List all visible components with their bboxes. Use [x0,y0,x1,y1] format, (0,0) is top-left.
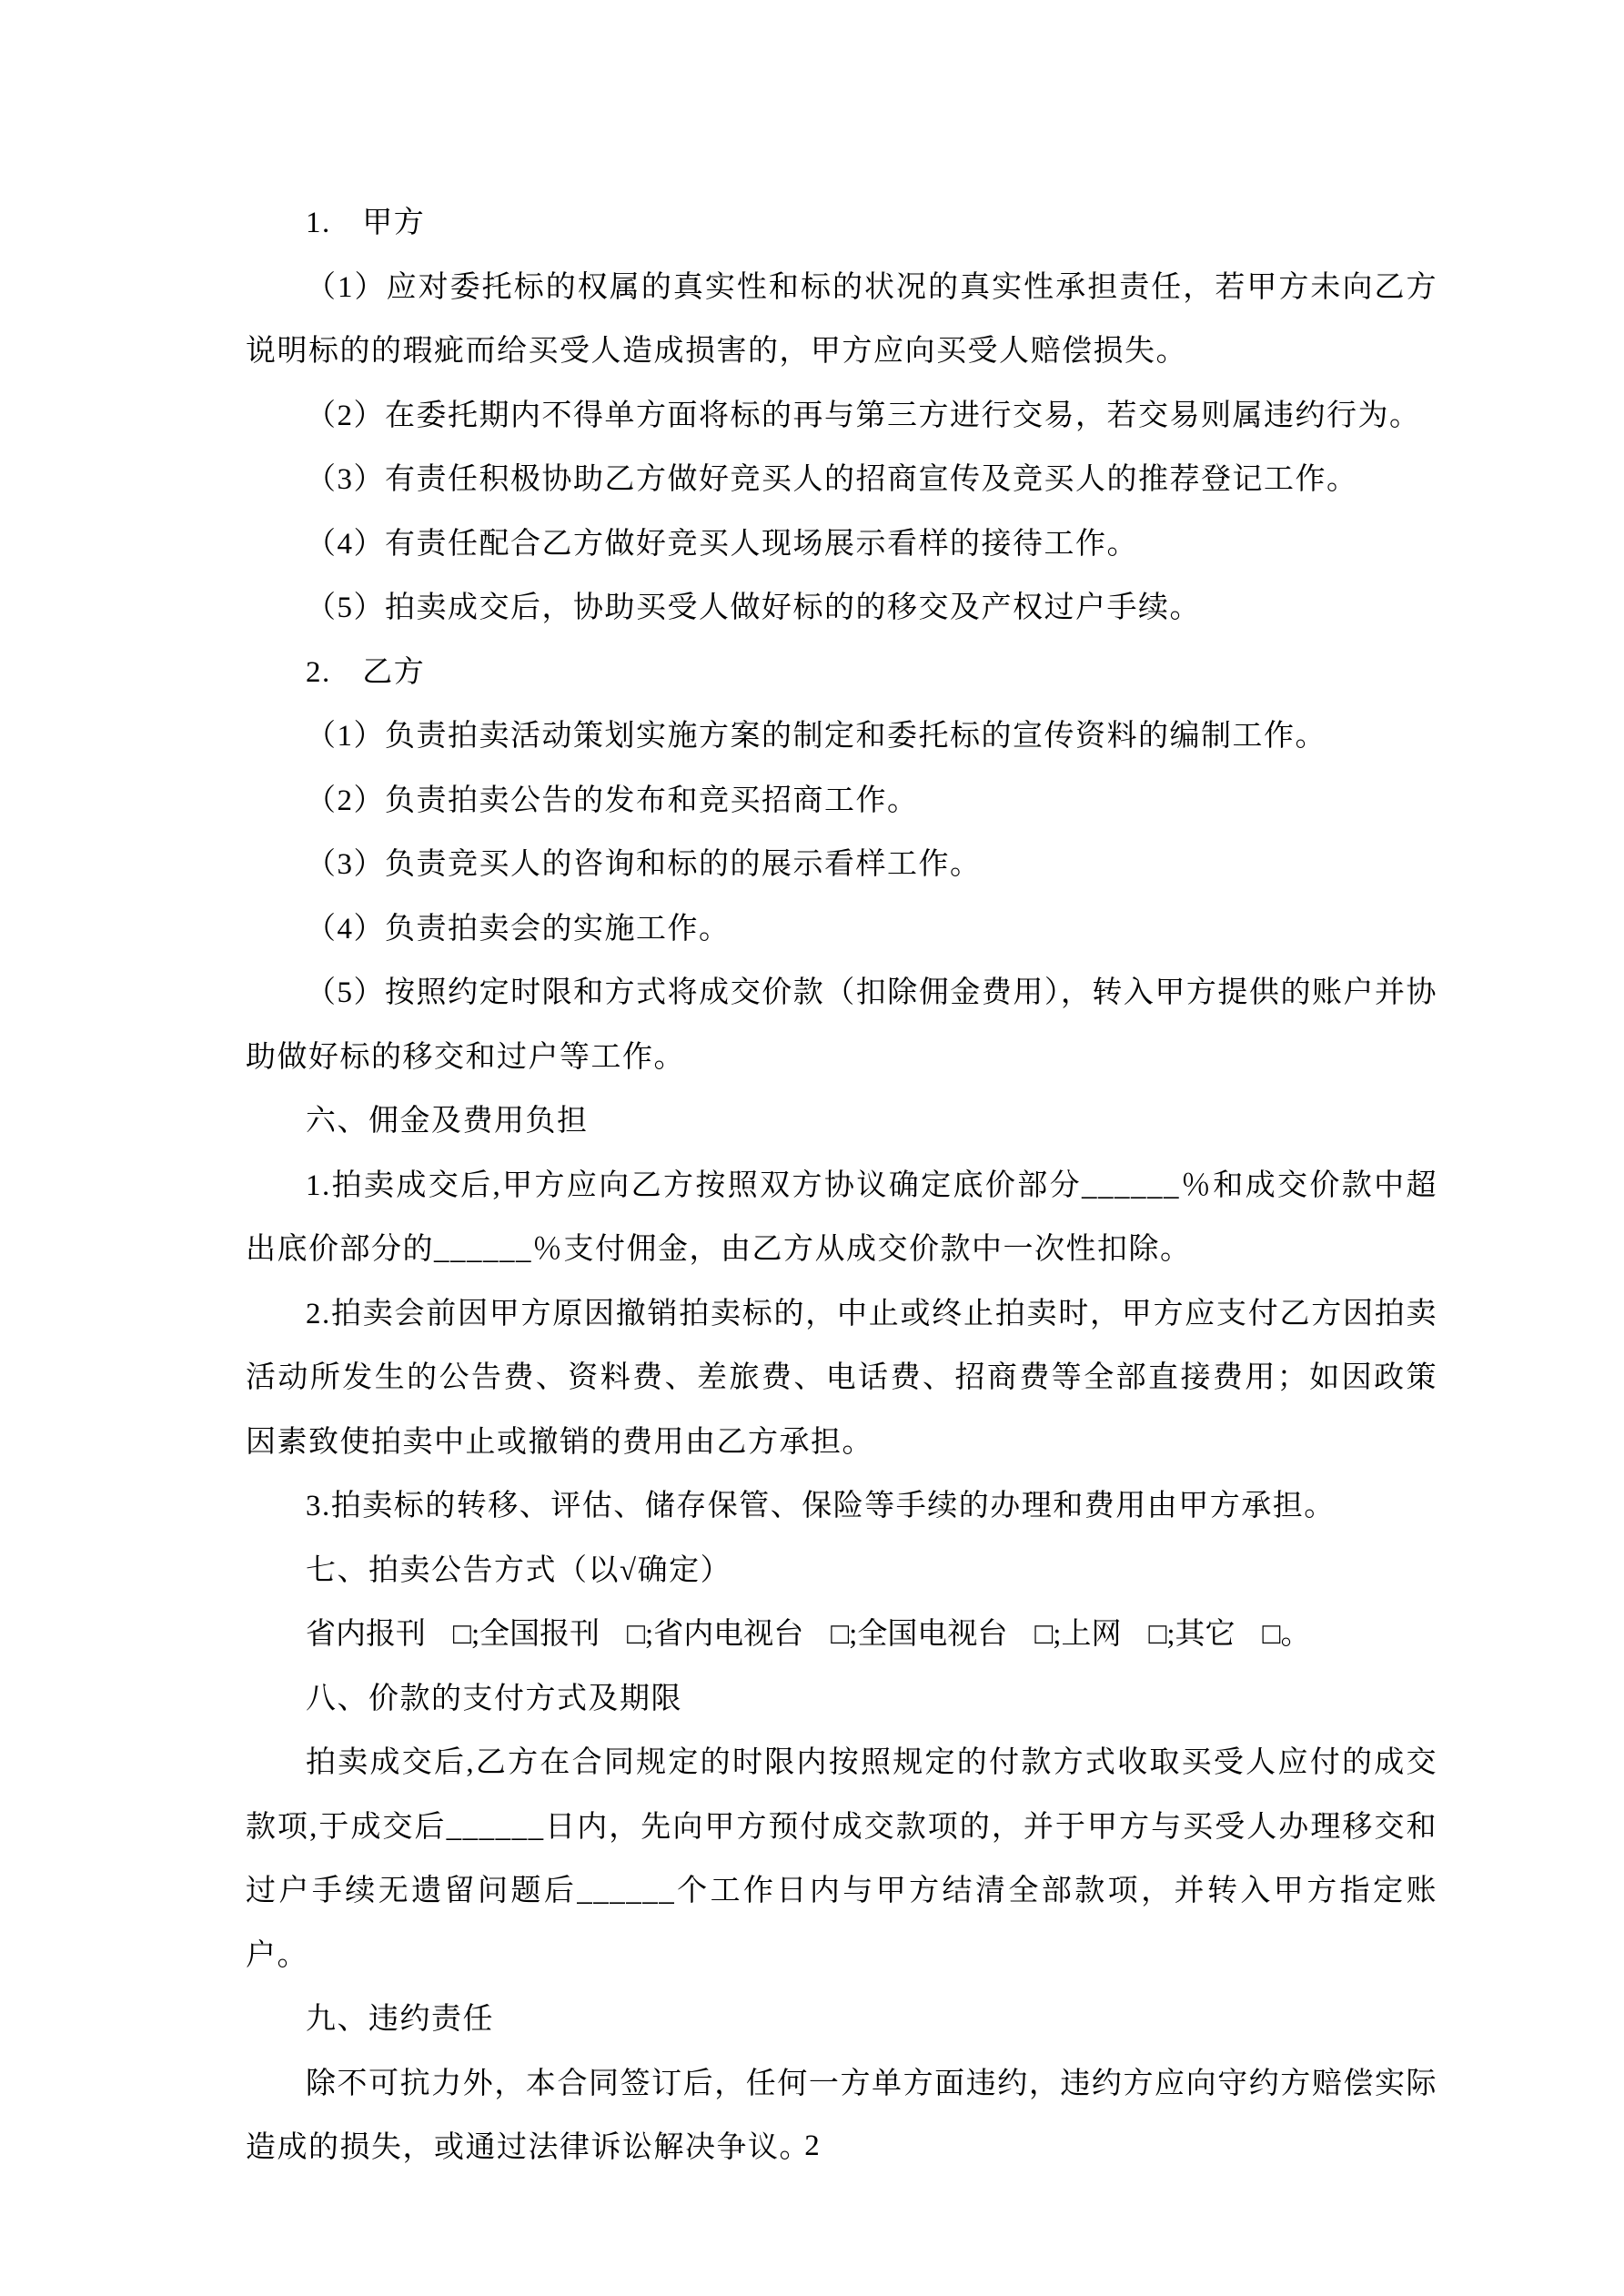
announcement-option-label: 省内电视台 [653,1618,803,1651]
clause-a-2: （2）在委托期内不得单方面将标的再与第三方进行交易，若交易则属违约行为。 [246,384,1437,449]
clause-a-3: （3）有责任积极协助乙方做好竞买人的招商宣传及竞买人的推荐登记工作。 [246,448,1437,512]
clause-6-2: 2.拍卖会前因甲方原因撤销拍卖标的，中止或终止拍卖时，甲方应支付乙方因拍卖活动所… [246,1282,1437,1475]
page-number: 2 [0,2114,1624,2179]
announcement-option-label: 全国报刊 [479,1618,600,1651]
checkbox-icon[interactable]: □ [627,1618,645,1651]
clause-b-1: （1）负责拍卖活动策划实施方案的制定和委托标的宣传资料的编制工作。 [246,704,1437,769]
heading-section-8-payment: 八、价款的支付方式及期限 [246,1667,1437,1732]
checkbox-icon[interactable]: □ [1148,1618,1166,1651]
clause-a-5: （5）拍卖成交后，协助买受人做好标的的移交及产权过户手续。 [246,576,1437,641]
clause-8-1: 拍卖成交后,乙方在合同规定的时限内按照规定的付款方式收取买受人应付的成交款项,于… [246,1731,1437,1988]
checkbox-icon[interactable]: □ [831,1618,849,1651]
document-page: 1. 甲方（1）应对委托标的权属的真实性和标的状况的真实性承担责任，若甲方未向乙… [0,0,1624,2296]
clause-b-3: （3）负责竞买人的咨询和标的的展示看样工作。 [246,833,1437,897]
clause-a-1: （1）应对委托标的权属的真实性和标的状况的真实性承担责任，若甲方未向乙方说明标的… [246,256,1437,384]
clause-6-3: 3.拍卖标的转移、评估、储存保管、保险等手续的办理和费用由甲方承担。 [246,1474,1437,1539]
option-separator: ; [849,1618,857,1651]
option-separator: ; [471,1618,479,1651]
clause-b-4: （4）负责拍卖会的实施工作。 [246,897,1437,962]
checkbox-icon[interactable]: □ [453,1618,471,1651]
heading-section-6-commission: 六、佣金及费用负担 [246,1089,1437,1154]
heading-section-9-breach: 九、违约责任 [246,1988,1437,2052]
document-body: 1. 甲方（1）应对委托标的权属的真实性和标的状况的真实性承担责任，若甲方未向乙… [246,191,1437,2180]
checkbox-icon[interactable]: □ [1263,1618,1281,1651]
announcement-option-label: 其它 [1175,1618,1236,1651]
heading-party-a: 1. 甲方 [246,191,1437,256]
clause-b-2: （2）负责拍卖公告的发布和竞买招商工作。 [246,769,1437,834]
heading-section-7-announcement: 七、拍卖公告方式（以√确定） [246,1539,1437,1603]
heading-party-b: 2. 乙方 [246,641,1437,705]
clause-b-5: （5）按照约定时限和方式将成交价款（扣除佣金费用），转入甲方提供的账户并协助做好… [246,961,1437,1089]
option-separator: ; [645,1618,653,1651]
announcement-option-label: 上网 [1061,1618,1121,1651]
clause-a-4: （4）有责任配合乙方做好竞买人现场展示看样的接待工作。 [246,512,1437,577]
clause-6-1: 1.拍卖成交后,甲方应向乙方按照双方协议确定底价部分______％和成交价款中超… [246,1154,1437,1282]
announcement-option-label: 全国电视台 [857,1618,1007,1651]
checkbox-icon[interactable]: □ [1034,1618,1053,1651]
option-separator: ; [1166,1618,1175,1651]
announcement-option-label: 省内报刊 [306,1618,426,1651]
announcement-options-line: 省内报刊□;全国报刊□;省内电视台□;全国电视台□;上网□;其它□。 [246,1603,1437,1667]
option-terminator: 。 [1280,1618,1310,1651]
